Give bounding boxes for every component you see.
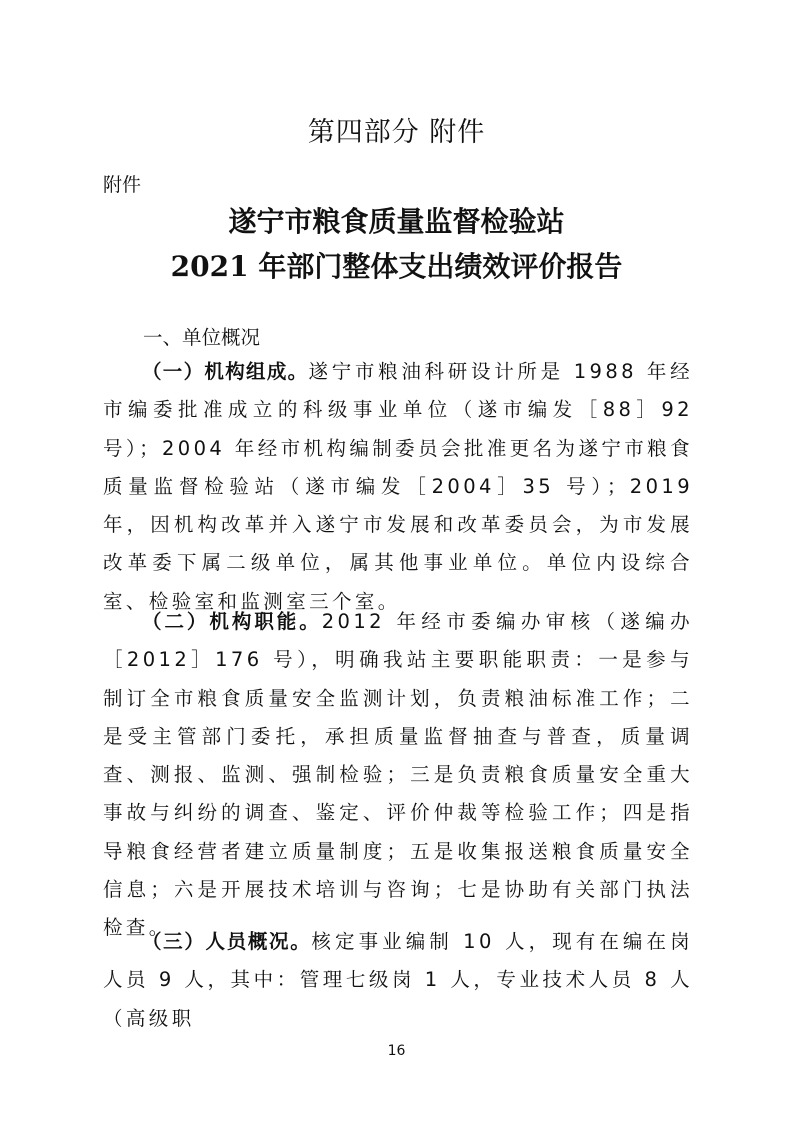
paragraph-lead: （二）机构职能。 <box>142 610 322 633</box>
paragraph-lead: （一）机构组成。 <box>142 360 309 383</box>
paragraph-text: 遂宁市粮油科研设计所是 1988 年经市编委批准成立的科级事业单位（遂市编发［8… <box>103 360 693 613</box>
part-title: 第四部分 附件 <box>0 110 793 149</box>
paragraph-functions: （二）机构职能。2012 年经市委编办审核（遂编办［2012］176 号），明确… <box>103 603 693 948</box>
document-title-line2: 2021 年部门整体支出绩效评价报告 <box>0 245 793 285</box>
page-number: 16 <box>0 1043 793 1059</box>
paragraph-text: 2012 年经市委编办审核（遂编办［2012］176 号），明确我站主要职能职责… <box>103 610 693 939</box>
document-title-line1: 遂宁市粮食质量监督检验站 <box>0 200 793 240</box>
paragraph-organization: （一）机构组成。遂宁市粮油科研设计所是 1988 年经市编委批准成立的科级事业单… <box>103 353 693 621</box>
paragraph-personnel: （三）人员概况。核定事业编制 10 人，现有在编在岗人员 9 人，其中：管理七级… <box>103 923 693 1038</box>
paragraph-lead: （三）人员概况。 <box>142 930 311 953</box>
section-heading: 一、单位概况 <box>143 322 260 350</box>
attachment-label: 附件 <box>103 170 141 197</box>
